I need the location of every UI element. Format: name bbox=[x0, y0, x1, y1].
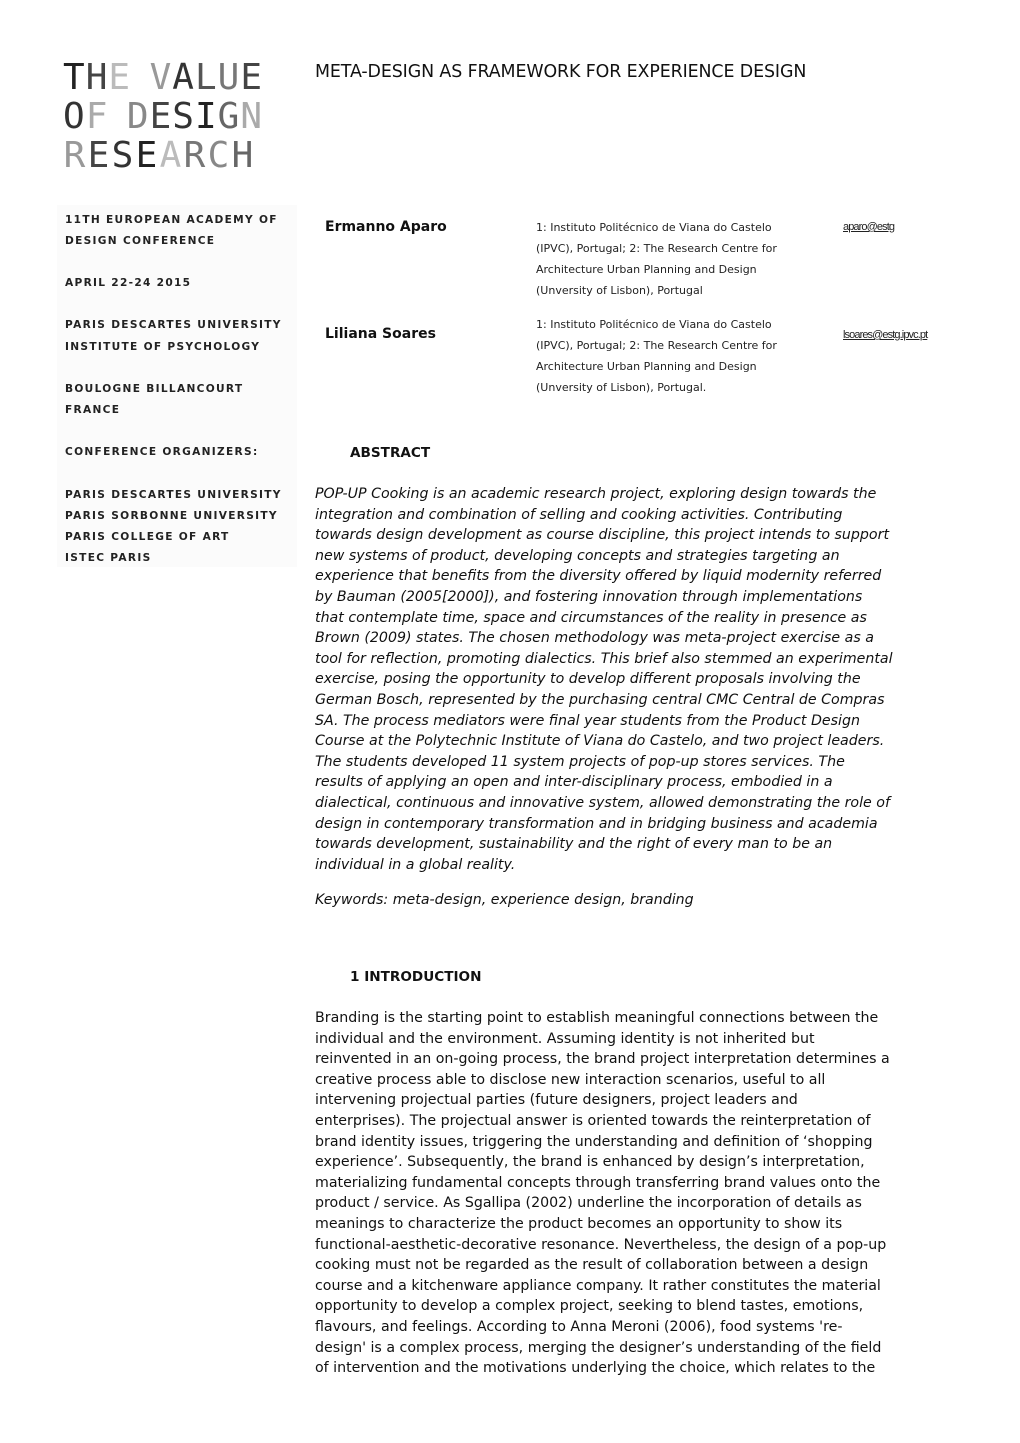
author-email-link[interactable]: aparo@estg bbox=[843, 221, 894, 233]
logo-line-3: RESEARCH bbox=[63, 136, 263, 175]
logo-glyph: E bbox=[108, 58, 131, 97]
text-line: enterprises). The projectual answer is o… bbox=[315, 1111, 955, 1132]
logo-line-2: OF DESIGN bbox=[63, 97, 263, 136]
logo-glyph bbox=[108, 97, 127, 136]
logo-glyph: D bbox=[127, 97, 150, 136]
sidebar-line: FRANCE bbox=[65, 404, 120, 416]
sidebar-line: PARIS DESCARTES UNIVERSITY bbox=[65, 489, 282, 501]
affiliation-line: 1: Instituto Politécnico de Viana do Cas… bbox=[536, 314, 826, 335]
logo-glyph: S bbox=[111, 136, 135, 175]
text-line: brand identity issues, triggering the un… bbox=[315, 1132, 955, 1153]
logo-glyph: V bbox=[150, 58, 173, 97]
text-line: Course at the Polytechnic Institute of V… bbox=[315, 731, 955, 752]
text-line: towards design development as course dis… bbox=[315, 525, 955, 546]
logo-glyph: H bbox=[86, 58, 109, 97]
logo-glyph: A bbox=[172, 58, 195, 97]
logo-glyph: F bbox=[86, 97, 109, 136]
logo-glyph: O bbox=[63, 97, 86, 136]
logo-glyph: C bbox=[207, 136, 231, 175]
logo-glyph: A bbox=[159, 136, 183, 175]
sidebar-line: BOULOGNE BILLANCOURT bbox=[65, 383, 243, 395]
text-line: course and a kitchenware appliance compa… bbox=[315, 1276, 955, 1297]
logo-glyph: L bbox=[195, 58, 218, 97]
text-line: product / service. As Sgallipa (2002) un… bbox=[315, 1193, 955, 1214]
text-line: individual in a global reality. bbox=[315, 855, 955, 876]
text-line: materializing fundamental concepts throu… bbox=[315, 1173, 955, 1194]
logo-glyph: R bbox=[183, 136, 207, 175]
sidebar-line: DESIGN CONFERENCE bbox=[65, 235, 215, 247]
logo-line-1: THE VALUE bbox=[63, 58, 263, 97]
sidebar-line: 11TH EUROPEAN ACADEMY OF bbox=[65, 214, 278, 226]
text-line: results of applying an open and inter-di… bbox=[315, 772, 955, 793]
conference-logo: THE VALUE OF DESIGN RESEARCH bbox=[63, 58, 263, 175]
logo-glyph: G bbox=[218, 97, 241, 136]
text-line: Brown (2009) states. The chosen methodol… bbox=[315, 628, 955, 649]
logo-glyph: H bbox=[231, 136, 255, 175]
text-line: experience that benefits from the divers… bbox=[315, 566, 955, 587]
text-line: tool for reflection, promoting dialectic… bbox=[315, 649, 955, 670]
logo-glyph bbox=[131, 58, 150, 97]
text-line: by Bauman (2005[2000]), and fostering in… bbox=[315, 587, 955, 608]
sidebar-line: ISTEC PARIS bbox=[65, 552, 152, 564]
logo-glyph: E bbox=[87, 136, 111, 175]
text-line: meanings to characterize the product bec… bbox=[315, 1214, 955, 1235]
logo-glyph: T bbox=[63, 58, 86, 97]
text-line: experience’. Subsequently, the brand is … bbox=[315, 1152, 955, 1173]
text-line: opportunity to develop a complex project… bbox=[315, 1296, 955, 1317]
keywords: Keywords: meta-design, experience design… bbox=[315, 890, 955, 911]
introduction-body: Branding is the starting point to establ… bbox=[315, 1008, 955, 1379]
text-line: integration and combination of selling a… bbox=[315, 505, 955, 526]
sidebar-line: PARIS DESCARTES UNIVERSITY bbox=[65, 319, 282, 331]
affiliation-line: (IPVC), Portugal; 2: The Research Centre… bbox=[536, 335, 826, 356]
logo-glyph: E bbox=[135, 136, 159, 175]
text-line: towards development, sustainability and … bbox=[315, 834, 955, 855]
author-affiliation: 1: Instituto Politécnico de Viana do Cas… bbox=[536, 217, 826, 301]
introduction-heading: 1 INTRODUCTION bbox=[350, 969, 481, 985]
sidebar-line: APRIL 22-24 2015 bbox=[65, 277, 191, 289]
text-line: German Bosch, represented by the purchas… bbox=[315, 690, 955, 711]
text-line: design in contemporary transformation an… bbox=[315, 814, 955, 835]
text-line: Branding is the starting point to establ… bbox=[315, 1008, 955, 1029]
logo-glyph: E bbox=[150, 97, 173, 136]
logo-glyph: I bbox=[195, 97, 218, 136]
logo-glyph: U bbox=[218, 58, 241, 97]
logo-glyph: E bbox=[240, 58, 263, 97]
abstract-heading: ABSTRACT bbox=[350, 445, 430, 461]
text-line: creative process able to disclose new in… bbox=[315, 1070, 955, 1091]
affiliation-line: (Unversity of Lisbon), Portugal bbox=[536, 280, 826, 301]
text-line: POP-UP Cooking is an academic research p… bbox=[315, 484, 955, 505]
text-line: functional-aesthetic-decorative resonanc… bbox=[315, 1235, 955, 1256]
author-name: Liliana Soares bbox=[325, 326, 436, 342]
text-line: intervening projectual parties (future d… bbox=[315, 1090, 955, 1111]
author-email-link[interactable]: lsoares@estg.ipvc.pt bbox=[843, 329, 927, 341]
text-line: flavours, and feelings. According to Ann… bbox=[315, 1317, 955, 1338]
affiliation-line: (Unversity of Lisbon), Portugal. bbox=[536, 377, 826, 398]
affiliation-line: Architecture Urban Planning and Design bbox=[536, 259, 826, 280]
text-line: The students developed 11 system project… bbox=[315, 752, 955, 773]
affiliation-line: 1: Instituto Politécnico de Viana do Cas… bbox=[536, 217, 826, 238]
logo-glyph: S bbox=[172, 97, 195, 136]
conference-info-sidebar: 11TH EUROPEAN ACADEMY OF DESIGN CONFEREN… bbox=[57, 205, 297, 567]
logo-glyph: N bbox=[240, 97, 263, 136]
sidebar-line: PARIS SORBONNE UNIVERSITY bbox=[65, 510, 278, 522]
keywords-line: Keywords: meta-design, experience design… bbox=[315, 890, 955, 911]
text-line: design' is a complex process, merging th… bbox=[315, 1338, 955, 1359]
text-line: SA. The process mediators were final yea… bbox=[315, 711, 955, 732]
text-line: reinvented in an on-going process, the b… bbox=[315, 1049, 955, 1070]
text-line: that contemplate time, space and circums… bbox=[315, 608, 955, 629]
sidebar-heading-organizers: CONFERENCE ORGANIZERS: bbox=[65, 446, 259, 458]
sidebar-line: INSTITUTE OF PSYCHOLOGY bbox=[65, 341, 260, 353]
affiliation-line: Architecture Urban Planning and Design bbox=[536, 356, 826, 377]
sidebar-line: PARIS COLLEGE OF ART bbox=[65, 531, 230, 543]
paper-title: META-DESIGN AS FRAMEWORK FOR EXPERIENCE … bbox=[315, 62, 806, 82]
text-line: of intervention and the motivations unde… bbox=[315, 1358, 955, 1379]
logo-glyph: R bbox=[63, 136, 87, 175]
text-line: individual and the environment. Assuming… bbox=[315, 1029, 955, 1050]
author-affiliation: 1: Instituto Politécnico de Viana do Cas… bbox=[536, 314, 826, 398]
text-line: new systems of product, developing conce… bbox=[315, 546, 955, 567]
text-line: exercise, posing the opportunity to deve… bbox=[315, 669, 955, 690]
text-line: dialectical, continuous and innovative s… bbox=[315, 793, 955, 814]
abstract-body: POP-UP Cooking is an academic research p… bbox=[315, 484, 955, 875]
affiliation-line: (IPVC), Portugal; 2: The Research Centre… bbox=[536, 238, 826, 259]
author-name: Ermanno Aparo bbox=[325, 219, 447, 235]
text-line: cooking must not be regarded as the resu… bbox=[315, 1255, 955, 1276]
